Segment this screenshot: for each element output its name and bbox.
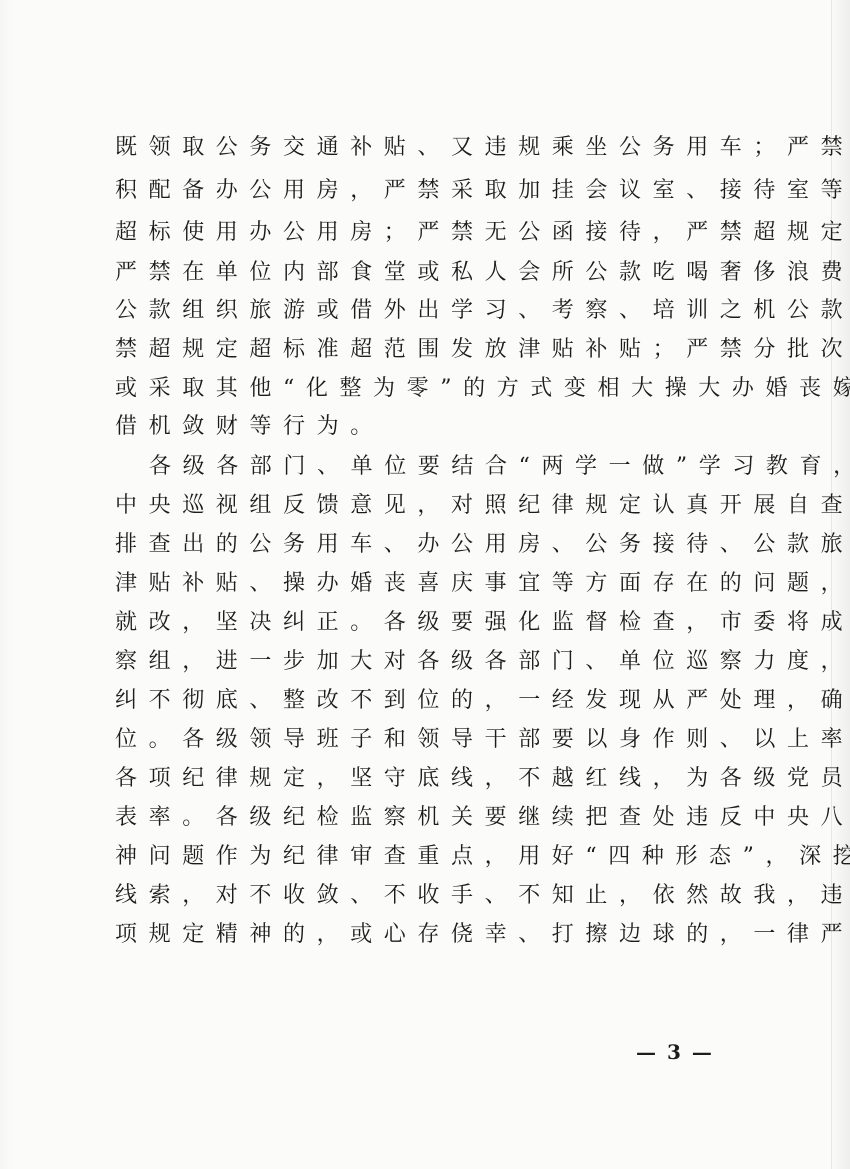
text-line: 就改，坚决纠正。各级要强化监督检查，市委将成立市委巡 <box>115 608 735 638</box>
text-line: 项规定精神的，或心存侥幸、打擦边球的，一律严肃处理， <box>115 920 735 950</box>
text-line: 纠不彻底、整改不到位的，一经发现从严处理，确保见底到 <box>115 686 735 716</box>
text-line: 各项纪律规定，坚守底线，不越红线，为各级党员干部当好 <box>115 764 735 794</box>
text-line: 超标使用办公用房；严禁无公函接待，严禁超规定人数陪餐， <box>115 218 735 248</box>
text-line: 神问题作为纪律审查重点，用好“四种形态”，深挖细查问题 <box>115 842 735 872</box>
document-page: 既领取公务交通补贴、又违规乘坐公务用车；严禁超标准面 积配备办公用房，严禁采取加… <box>0 0 850 1169</box>
text-line: 表率。各级纪检监察机关要继续把查处违反中央八项规定精 <box>115 803 735 833</box>
text-line: 借机敛财等行为。 <box>115 412 735 442</box>
text-line: 排查出的公务用车、办公用房、公务接待、公款旅游、发放 <box>115 530 735 560</box>
text-line: 既领取公务交通补贴、又违规乘坐公务用车；严禁超标准面 <box>115 133 735 163</box>
page-number: — 3 — <box>636 1040 714 1064</box>
text-line: 线索，对不收敛、不收手、不知止，依然故我，违反中央八 <box>115 881 735 911</box>
text-line: 位。各级领导班子和领导干部要以身作则、以上率下，严守 <box>115 725 735 755</box>
text-line: 中央巡视组反馈意见，对照纪律规定认真开展自查自纠，对 <box>115 491 735 521</box>
text-line: 或采取其他“化整为零”的方式变相大操大办婚丧嫁娶事宜， <box>115 374 735 404</box>
text-line: 公款组织旅游或借外出学习、考察、培训之机公款旅游；严 <box>115 296 735 326</box>
text-line: 积配备办公用房，严禁采取加挂会议室、接待室等形式变相 <box>115 176 735 206</box>
paragraph-first-line: 各级各部门、单位要结合“两学一做”学习教育，结合 <box>149 452 769 482</box>
text-line: 津贴补贴、操办婚丧喜庆事宜等方面存在的问题，做到知错 <box>115 569 735 599</box>
text-line: 禁超规定超标准超范围发放津贴补贴；严禁分批次、多地点 <box>115 335 735 365</box>
text-line: 察组，进一步加大对各级各部门、单位巡察力度，对自查自 <box>115 647 735 677</box>
text-line: 严禁在单位内部食堂或私人会所公款吃喝奢侈浪费；严禁用 <box>115 258 735 288</box>
